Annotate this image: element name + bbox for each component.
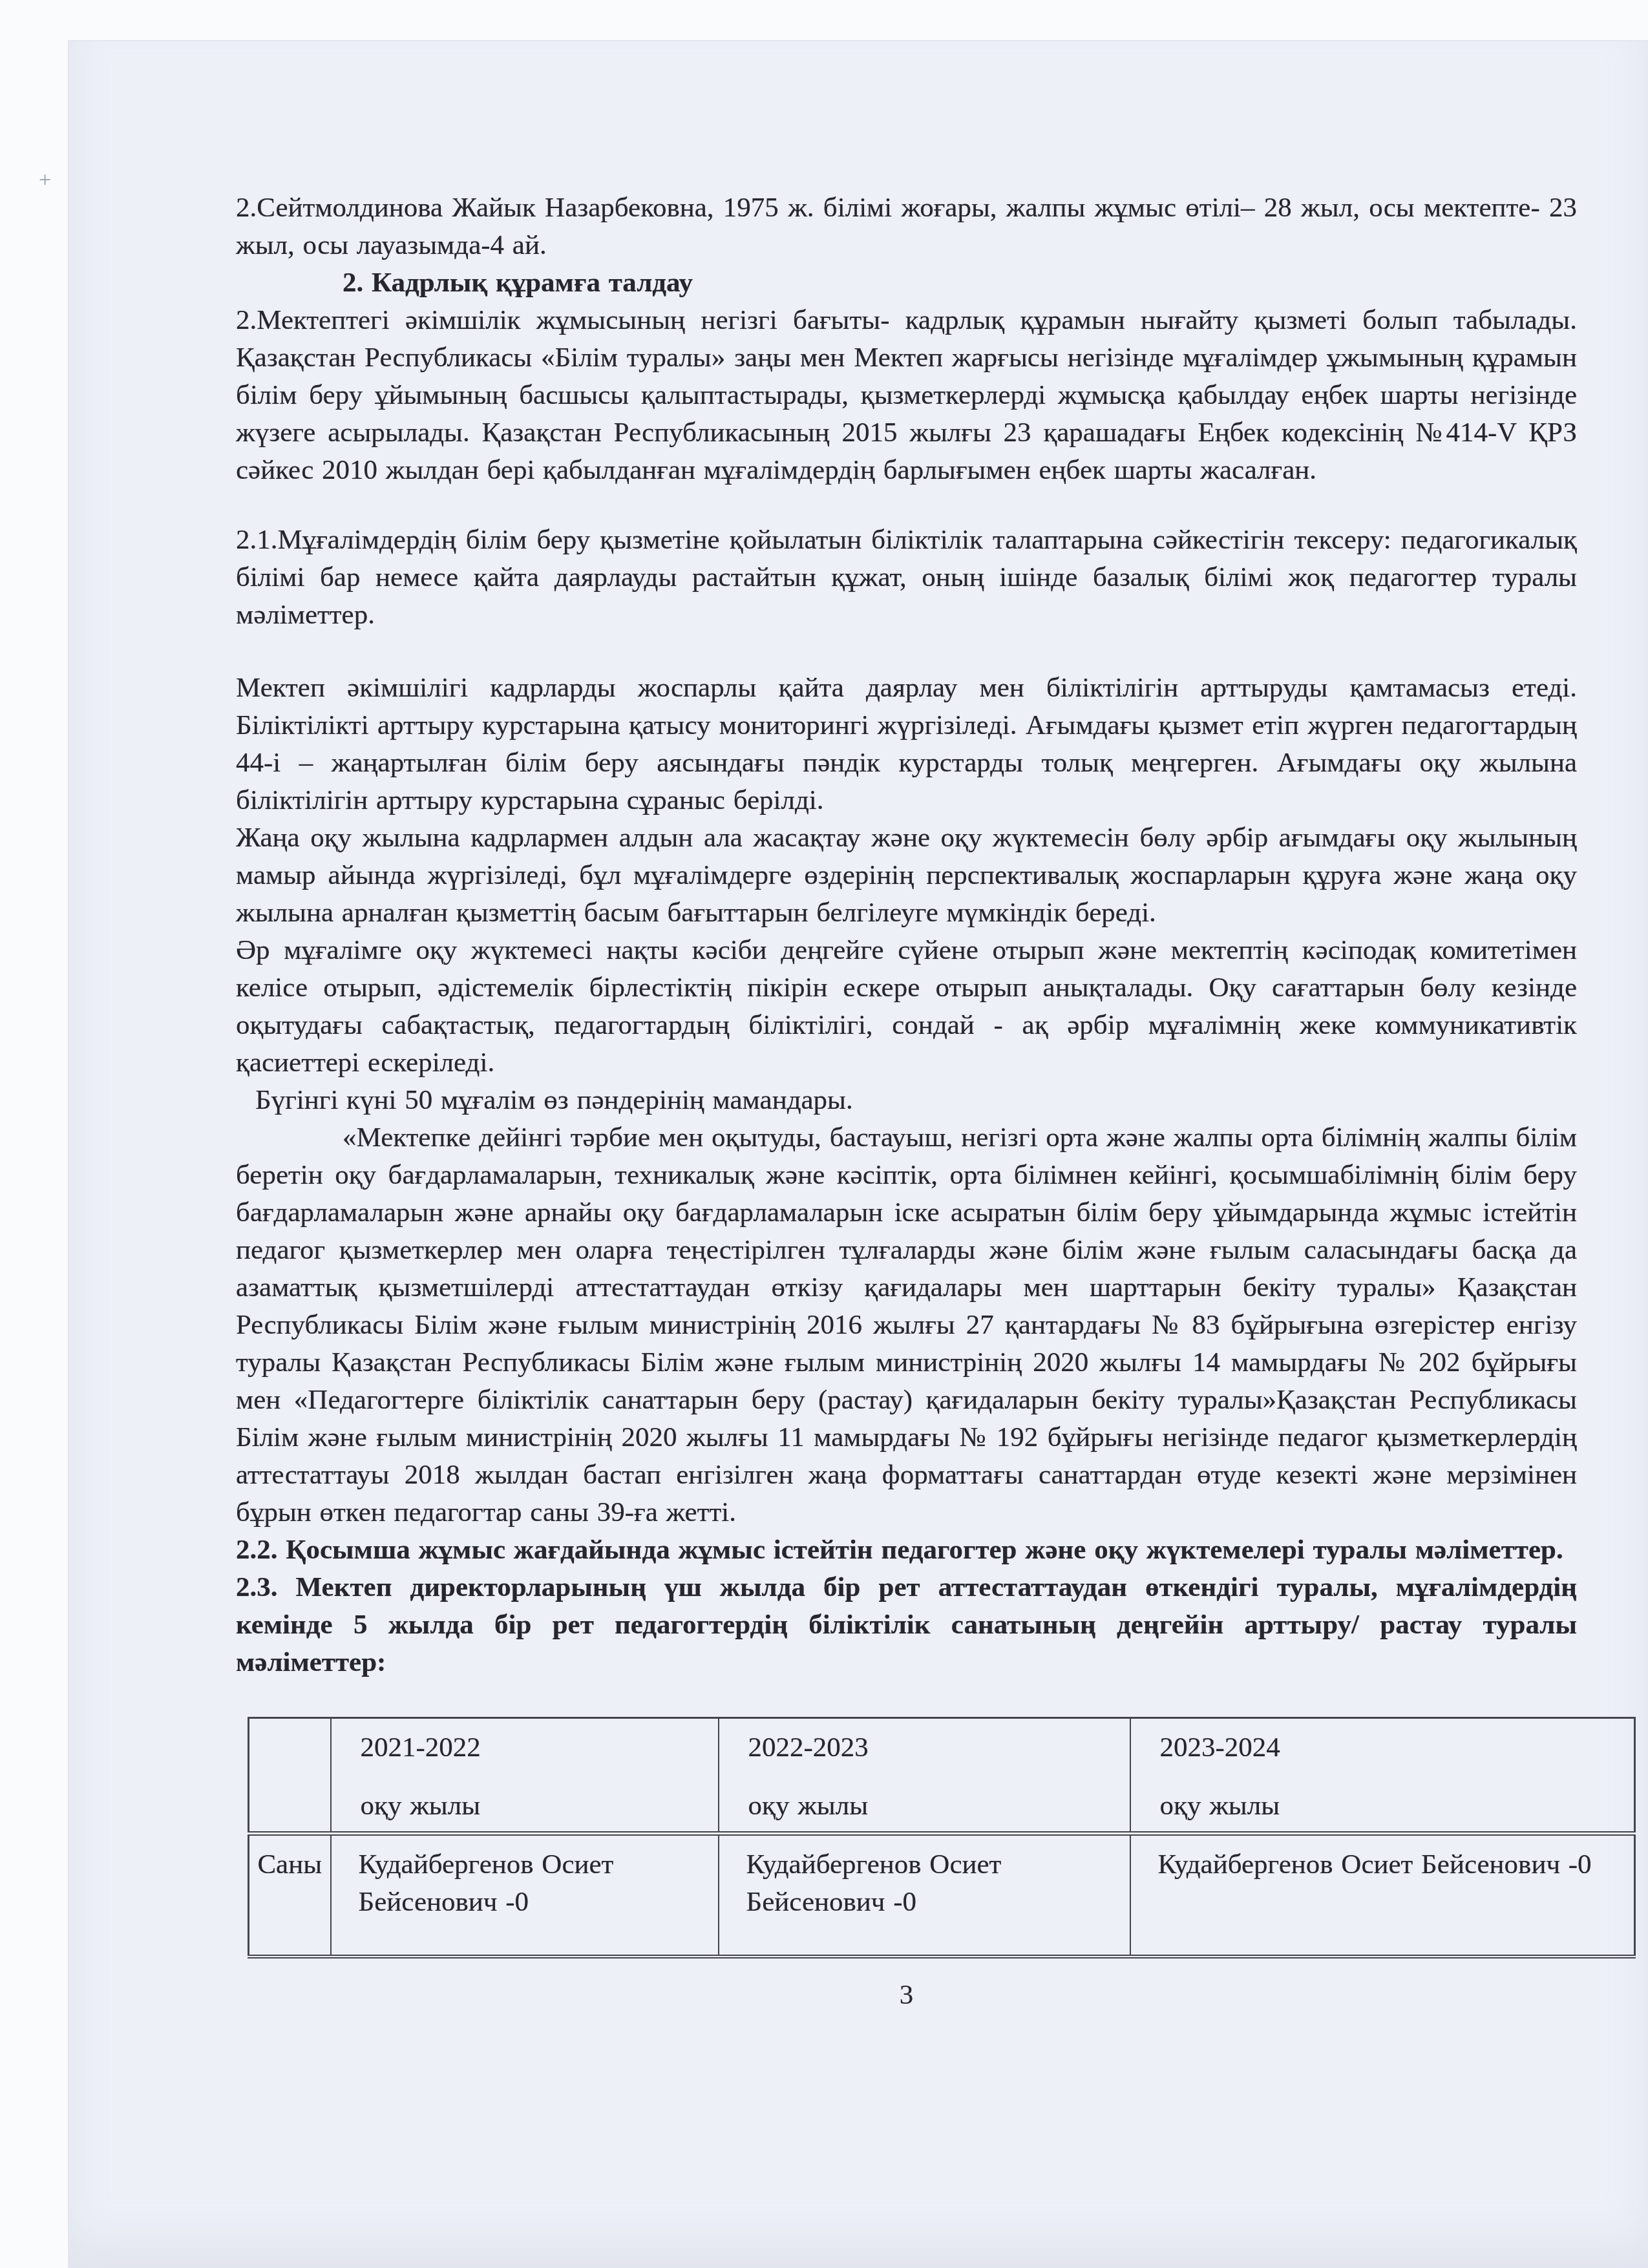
paragraph-2-2: 2.2. Қосымша жұмыс жағдайында жұмыс істе… bbox=[236, 1531, 1577, 1569]
table-cell-2022-2023: Кудайбергенов Осиет Бейсенович -0 bbox=[719, 1834, 1130, 1957]
paragraph-ar-mugalimge: Әр мұғалімге оқу жүктемесі нақты кәсіби … bbox=[236, 932, 1577, 1082]
table-cell-2021-2022: Кудайбергенов Осиет Бейсенович -0 bbox=[331, 1834, 719, 1957]
paragraph-kadrlar: Мектеп әкімшілігі кадрларды жоспарлы қай… bbox=[236, 669, 1577, 819]
table-header-empty-cell bbox=[249, 1718, 331, 1834]
paragraph-2-3: 2.3. Мектеп директорларының үш жылда бір… bbox=[236, 1569, 1577, 1681]
paragraph-2-1: 2.1.Мұғалімдердің білім беру қызметіне қ… bbox=[236, 521, 1577, 634]
row-label-cell: Саны bbox=[249, 1834, 331, 1957]
table-header-row: 2021-2022 оқу жылы 2022-2023 оқу жылы 20… bbox=[249, 1718, 1635, 1834]
year-sub-label: оқу жылы bbox=[748, 1787, 1123, 1825]
table-header-year-3: 2023-2024 оқу жылы bbox=[1130, 1718, 1635, 1834]
paragraph-bugingi: Бүгінгі күні 50 мұғалім өз пәндерінің ма… bbox=[236, 1082, 1577, 1119]
registration-mark: + bbox=[39, 169, 51, 191]
paragraph-zhana-oku: Жаңа оқу жылына кадрлармен алдын ала жас… bbox=[236, 819, 1577, 932]
year-range: 2021-2022 bbox=[361, 1729, 712, 1767]
paragraph-kadr: 2.Мектептегі әкімшілік жұмысының негізгі… bbox=[236, 302, 1577, 489]
year-sub-label: оқу жылы bbox=[1160, 1787, 1628, 1825]
table-header-year-1: 2021-2022 оқу жылы bbox=[331, 1718, 719, 1834]
year-range: 2023-2024 bbox=[1160, 1729, 1628, 1767]
table-header-year-2: 2022-2023 оқу жылы bbox=[719, 1718, 1130, 1834]
paragraph-intro: 2.Сейтмолдинова Жайык Назарбековна, 1975… bbox=[236, 189, 1577, 264]
document-body: 2.Сейтмолдинова Жайык Назарбековна, 1975… bbox=[236, 189, 1577, 2014]
paragraph-mektepke-deiingi: «Мектепке дейінгі тәрбие мен оқытуды, ба… bbox=[236, 1119, 1577, 1531]
table-row-sany: Саны Кудайбергенов Осиет Бейсенович -0 К… bbox=[249, 1834, 1635, 1957]
year-range: 2022-2023 bbox=[748, 1729, 1123, 1767]
page-number: 3 bbox=[236, 1977, 1577, 2014]
section-heading-kadrlyk-kuram: 2. Кадрлық құрамға талдау bbox=[236, 264, 1577, 302]
year-sub-label: оқу жылы bbox=[361, 1787, 712, 1825]
scanned-document-page: + 2.Сейтмолдинова Жайык Назарбековна, 19… bbox=[0, 0, 1648, 2268]
table-cell-2023-2024: Кудайбергенов Осиет Бейсенович -0 bbox=[1130, 1834, 1635, 1957]
attestation-years-table: 2021-2022 оқу жылы 2022-2023 оқу жылы 20… bbox=[248, 1717, 1636, 1958]
